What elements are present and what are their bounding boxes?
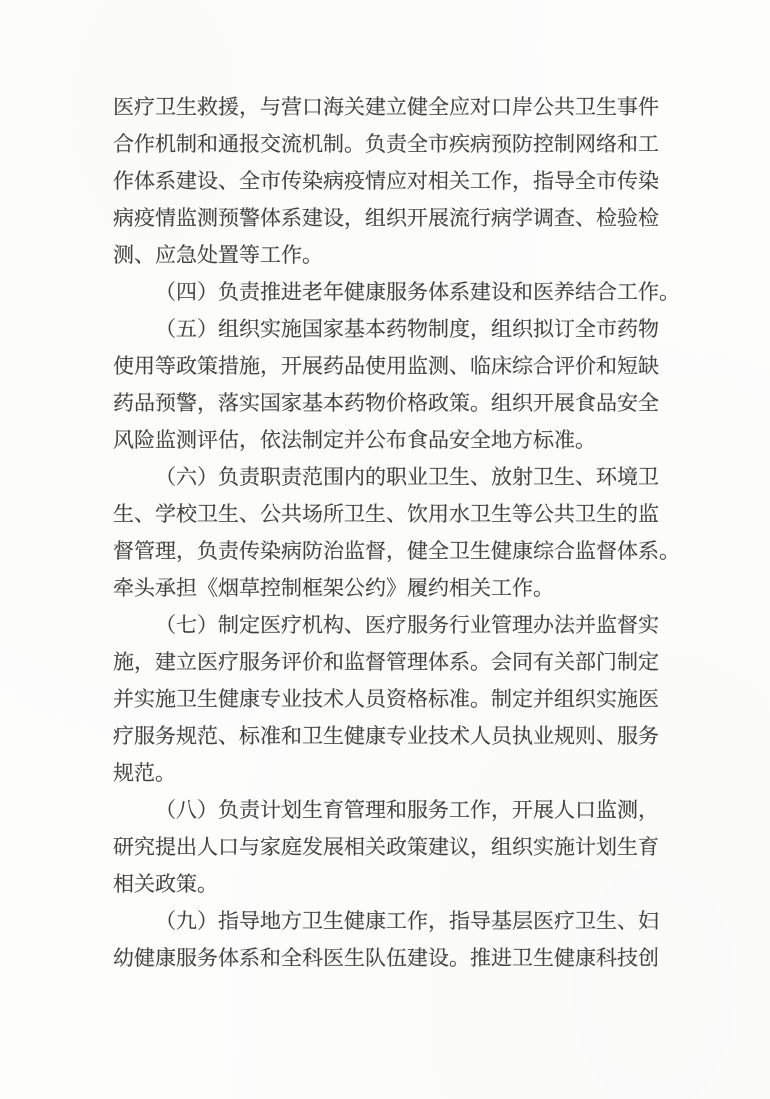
- document-line-item-4-1: （四）负责推进老年健康服务体系建设和医养结合工作。: [113, 274, 661, 311]
- scanned-document-page: 医疗卫生救援，与营口海关建立健全应对口岸公共卫生事件合作机制和通报交流机制。负责…: [0, 0, 770, 1099]
- document-text-block: 医疗卫生救援，与营口海关建立健全应对口岸公共卫生事件合作机制和通报交流机制。负责…: [113, 89, 661, 977]
- document-line-item-5-2: 使用等政策措施，开展药品使用监测、临床综合评价和短缺: [113, 348, 661, 385]
- document-line-item-7-5: 规范。: [113, 755, 661, 792]
- document-line-item-7-2: 施，建立医疗服务评价和监督管理体系。会同有关部门制定: [113, 644, 661, 681]
- document-line-continuation-paragraph-1: 医疗卫生救援，与营口海关建立健全应对口岸公共卫生事件: [113, 89, 661, 126]
- document-line-item-8-1: （八）负责计划生育管理和服务工作，开展人口监测，: [113, 792, 661, 829]
- document-line-item-7-4: 疗服务规范、标准和卫生健康专业技术人员执业规则、服务: [113, 718, 661, 755]
- document-line-item-5-1: （五）组织实施国家基本药物制度，组织拟订全市药物: [113, 311, 661, 348]
- document-line-item-7-3: 并实施卫生健康专业技术人员资格标准。制定并组织实施医: [113, 681, 661, 718]
- document-line-item-8-3: 相关政策。: [113, 866, 661, 903]
- document-line-item-6-2: 生、学校卫生、公共场所卫生、饮用水卫生等公共卫生的监: [113, 496, 661, 533]
- document-line-continuation-paragraph-2: 合作机制和通报交流机制。负责全市疾病预防控制网络和工: [113, 126, 661, 163]
- document-line-item-6-3: 督管理，负责传染病防治监督，健全卫生健康综合监督体系。: [113, 533, 661, 570]
- document-line-item-9-1: （九）指导地方卫生健康工作，指导基层医疗卫生、妇: [113, 903, 661, 940]
- document-line-continuation-paragraph-3: 作体系建设、全市传染病疫情应对相关工作，指导全市传染: [113, 163, 661, 200]
- document-line-continuation-paragraph-5: 测、应急处置等工作。: [113, 237, 661, 274]
- document-line-item-5-3: 药品预警，落实国家基本药物价格政策。组织开展食品安全: [113, 385, 661, 422]
- document-line-item-6-1: （六）负责职责范围内的职业卫生、放射卫生、环境卫: [113, 459, 661, 496]
- document-line-item-7-1: （七）制定医疗机构、医疗服务行业管理办法并监督实: [113, 607, 661, 644]
- document-line-item-8-2: 研究提出人口与家庭发展相关政策建议，组织实施计划生育: [113, 829, 661, 866]
- document-line-continuation-paragraph-4: 病疫情监测预警体系建设，组织开展流行病学调查、检验检: [113, 200, 661, 237]
- document-line-item-5-4: 风险监测评估，依法制定并公布食品安全地方标准。: [113, 422, 661, 459]
- document-line-item-9-2: 幼健康服务体系和全科医生队伍建设。推进卫生健康科技创: [113, 940, 661, 977]
- document-line-item-6-4: 牵头承担《烟草控制框架公约》履约相关工作。: [113, 570, 661, 607]
